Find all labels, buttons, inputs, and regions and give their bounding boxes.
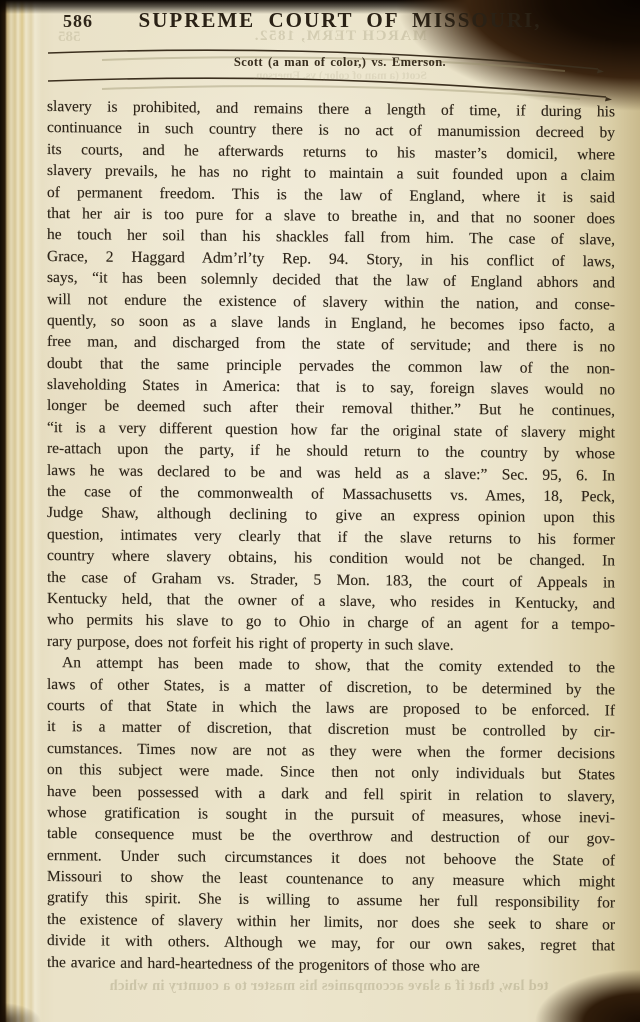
bottom-line-bleedthrough: ted law, that if a slave accompanies his… <box>40 978 618 995</box>
book-page-scan: 586 585 SUPREME COURT OF MISSOURI, MARCH… <box>0 0 640 1022</box>
case-caption-bleedthrough: Scott (a man of color,) vs. Emerson. <box>60 70 620 82</box>
body-text: slavery is prohibited, and remains there… <box>47 96 615 978</box>
case-caption: Scott (a man of color,) vs. Emerson. <box>60 55 620 70</box>
march-term-bleedthrough: MARCH TERM, 1852. <box>60 28 620 45</box>
page-edge-stack-left <box>0 0 42 1022</box>
